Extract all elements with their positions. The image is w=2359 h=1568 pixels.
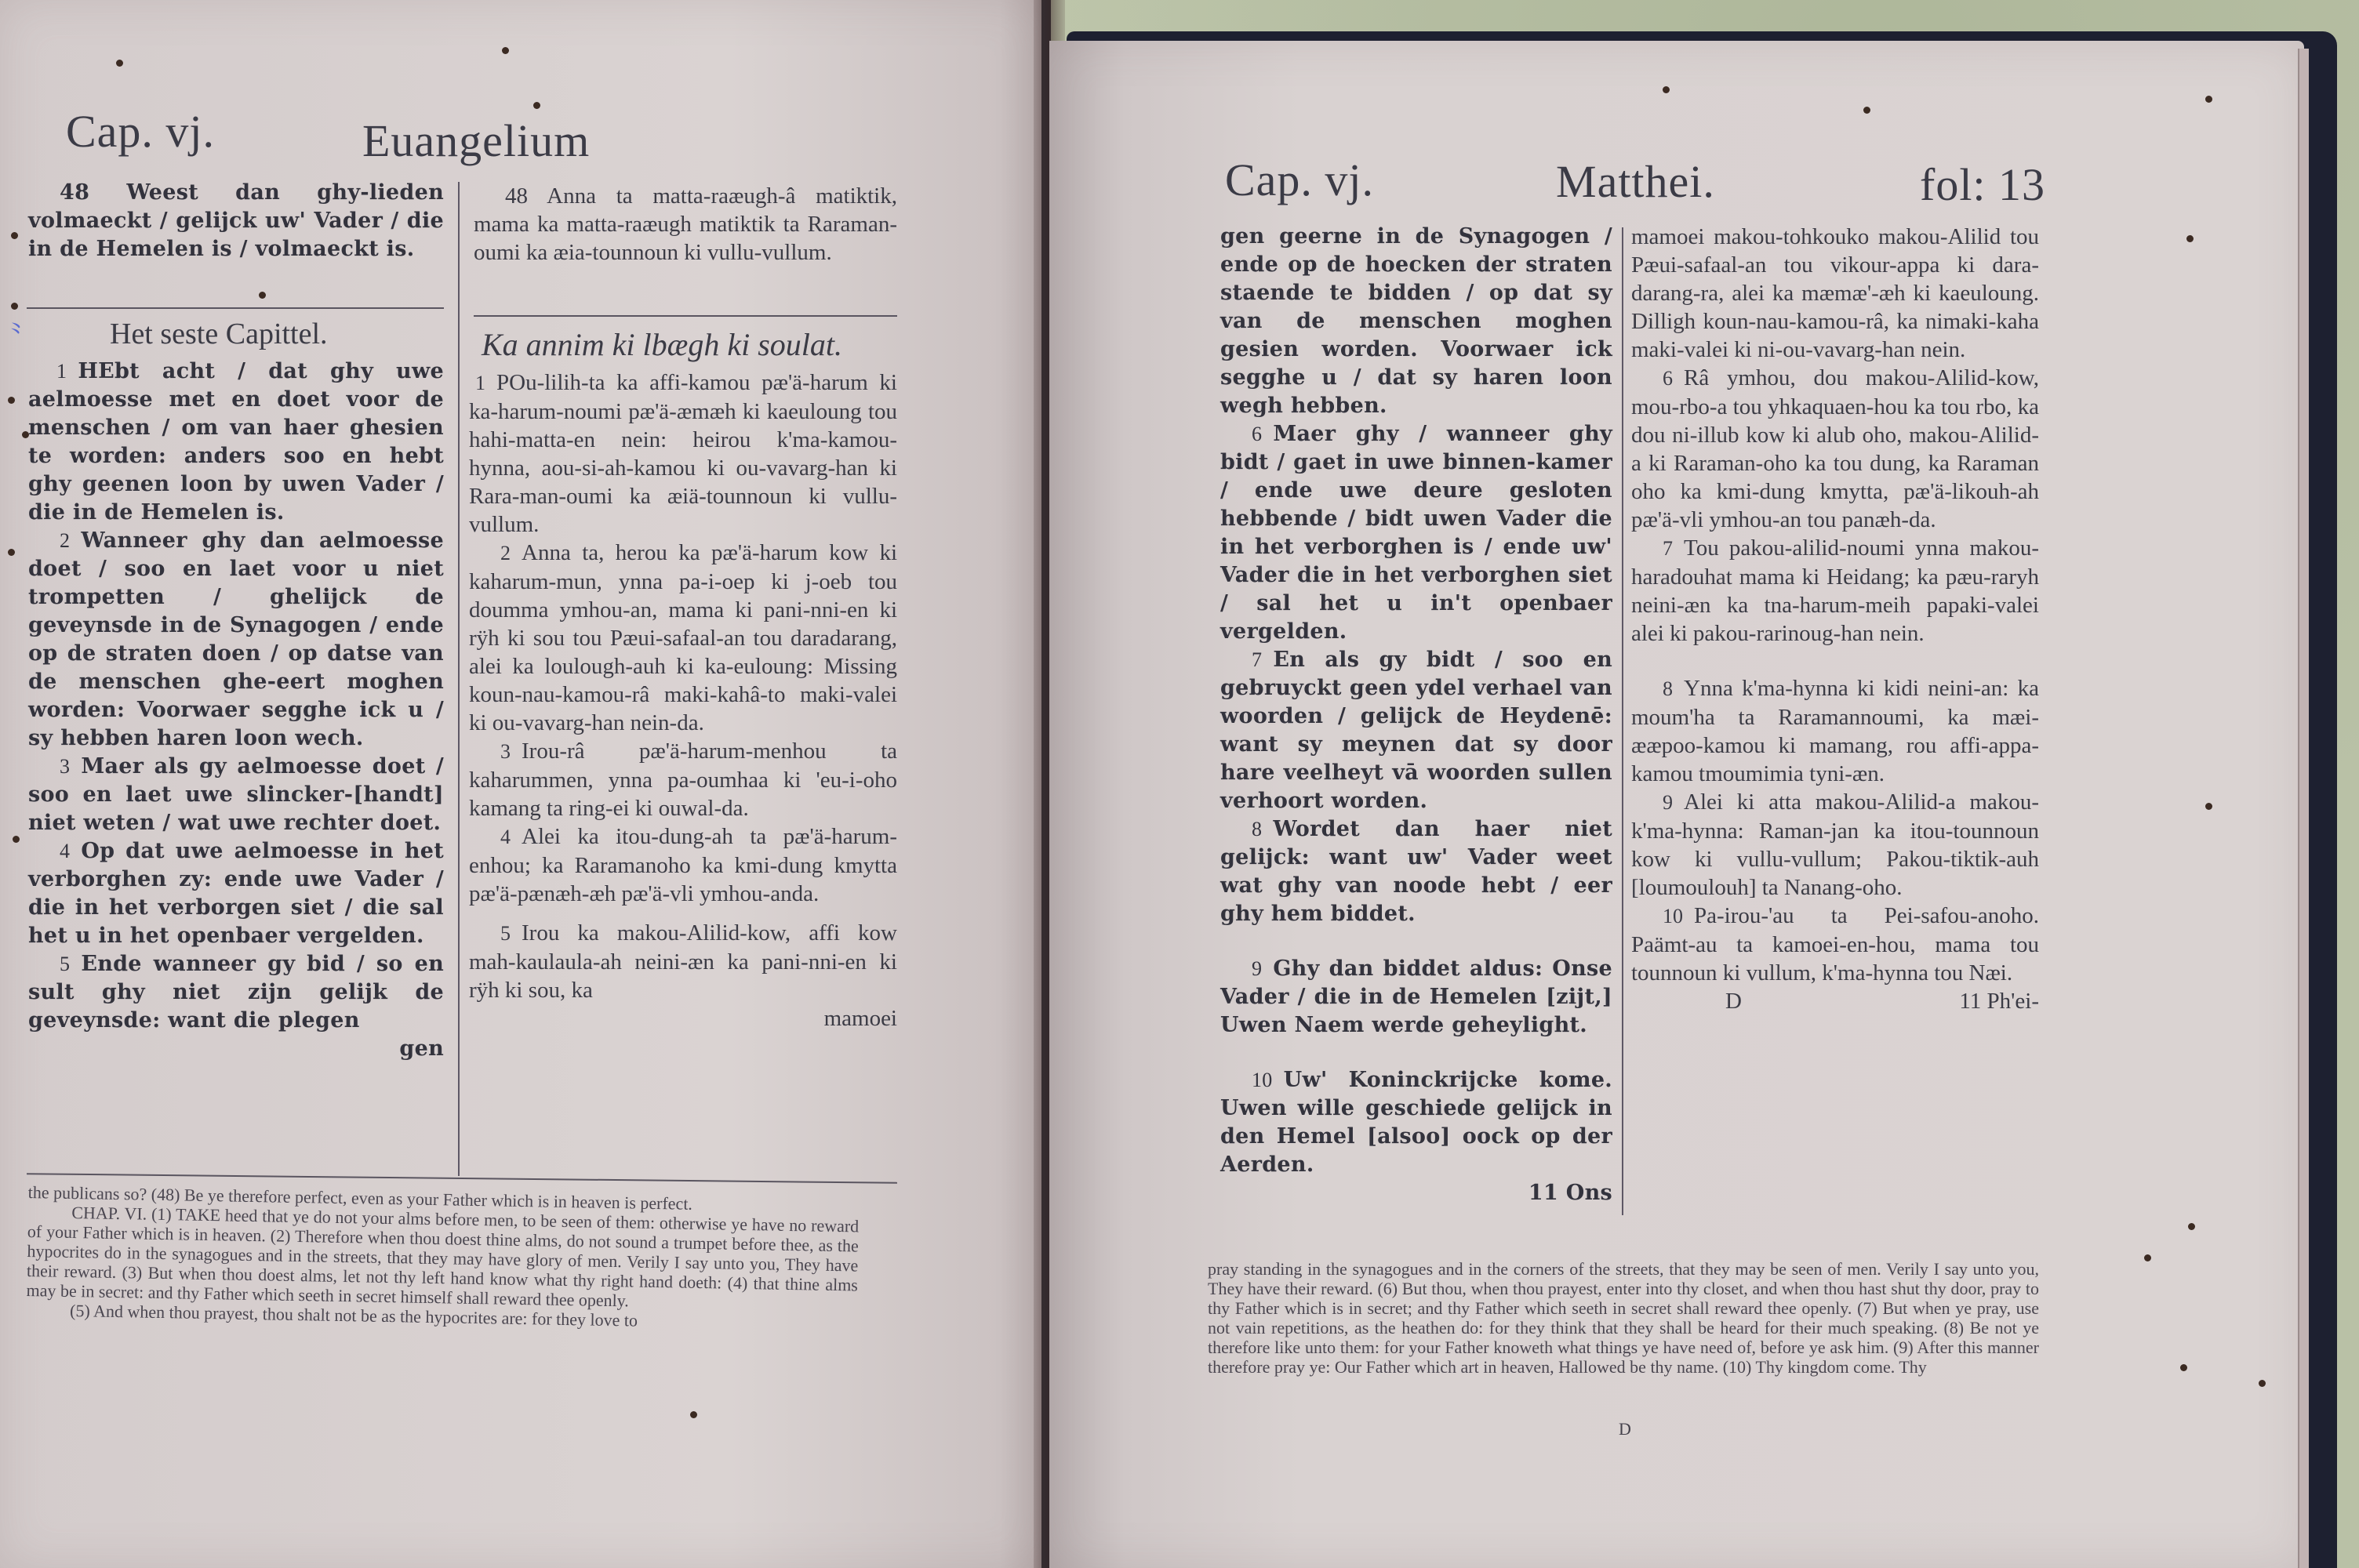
paper-speck	[11, 303, 18, 310]
left-running-head-chapter: Cap. vj.	[66, 105, 215, 158]
verse: 1POu-lilih-ta ka affi-kamou pæ'ä-harum k…	[469, 368, 897, 539]
verse-text: HEbt acht / dat ghy uwe aelmoesse met en…	[28, 359, 444, 524]
verse-number: 2	[469, 542, 522, 564]
verse-number: 4	[28, 840, 81, 862]
verse-number: 4	[469, 826, 522, 848]
verse-number: 9	[1220, 957, 1273, 980]
verse: 4Alei ka itou-dung-ah ta pæ'ä-harum-enho…	[469, 822, 897, 908]
paper-speck	[8, 397, 15, 404]
verse: 9Ghy dan biddet aldus: Onse Vader / die …	[1220, 955, 1612, 1040]
left-running-head-title: Euangelium	[362, 114, 590, 167]
paper-speck	[1863, 107, 1870, 114]
left-english-footnote: the publicans so? (48) Be ye therefore p…	[26, 1182, 860, 1334]
verse: 4Op dat uwe aelmoesse in het verborghen …	[28, 837, 444, 950]
verse-text: Anna ta, herou ka pæ'ä-harum kow ki kaha…	[469, 540, 897, 735]
section-rule	[27, 307, 444, 309]
verse-text: Wordet dan haer niet gelijck: want uw' V…	[1220, 817, 1612, 926]
verse-number: 9	[1631, 791, 1684, 814]
paper-speck	[533, 102, 540, 109]
verse: 6Râ ymhou, dou makou-Alilid-kow, mou-rbo…	[1631, 364, 2039, 534]
verse-text: Wanneer ghy dan aelmoesse doet / soo en …	[28, 528, 444, 750]
left-dutch-carryover: 48 Weest dan ghy-lieden volmaeckt / geli…	[28, 179, 444, 263]
dutch-chapter-heading: Het seste Capittel.	[110, 317, 328, 351]
verse: 7En als gy bidt / soo en gebruyckt geen …	[1220, 646, 1612, 815]
paper-speck	[2259, 1380, 2266, 1387]
verse-number: 1	[28, 360, 78, 383]
verse-text: Maer ghy / wanneer ghy bidt / gaet in uw…	[1220, 422, 1612, 644]
left-formosan-carryover: 48 Anna ta matta-raæugh-â matiktik, mama…	[474, 182, 897, 267]
verse-5-continued: gen geerne in de Synagogen / ende op de …	[1220, 223, 1612, 420]
verse-number: 1	[469, 372, 496, 394]
paper-speck	[2205, 803, 2212, 810]
right-running-head-title: Matthei.	[1556, 155, 1715, 208]
paper-speck	[2144, 1254, 2151, 1261]
verse-number: 8	[1631, 677, 1684, 700]
verse-number: 5	[28, 953, 81, 975]
verse-number: 7	[1631, 537, 1684, 560]
verse: 3Irou-râ pæ'ä-harum-menhou ta kaharummen…	[469, 737, 897, 822]
verse-number: 6	[1631, 367, 1684, 390]
verse: 5Irou ka makou-Alilid-kow, affi kow mah-…	[469, 919, 897, 1004]
paper-speck	[13, 836, 20, 843]
right-formosan-column: mamoei makou-tohkouko makou-Alilid tou P…	[1631, 223, 2039, 1015]
verse: 1HEbt acht / dat ghy uwe aelmoesse met e…	[28, 358, 444, 527]
footnote-paragraph: pray standing in the synagogues and in t…	[1208, 1259, 2039, 1377]
verse-text: Ghy dan biddet aldus: Onse Vader / die i…	[1220, 956, 1612, 1037]
column-divider	[458, 182, 460, 1176]
verse: 8Wordet dan haer niet gelijck: want uw' …	[1220, 815, 1612, 928]
verse-number: 6	[1220, 423, 1273, 445]
pencil-mark: ⺀	[5, 314, 28, 348]
paper-speck	[2188, 1223, 2195, 1230]
paper-speck	[116, 60, 123, 67]
paper-speck	[502, 47, 509, 54]
page-edges	[2298, 49, 2309, 1568]
paper-speck	[2186, 235, 2194, 242]
verse-text: POu-lilih-ta ka affi-kamou pæ'ä-harum ki…	[469, 370, 897, 537]
paper-speck	[2205, 96, 2212, 103]
verse: 6Maer ghy / wanneer ghy bidt / gaet in u…	[1220, 420, 1612, 646]
section-rule	[474, 315, 897, 317]
column-divider	[1622, 227, 1623, 1215]
left-formosan-verses: 1POu-lilih-ta ka affi-kamou pæ'ä-harum k…	[469, 368, 897, 1033]
verse: 8Ynna k'ma-hynna ki kidi neini-an: ka mo…	[1631, 674, 2039, 788]
folio-number: fol: 13	[1920, 158, 2045, 211]
right-running-head-chapter: Cap. vj.	[1225, 154, 1374, 206]
verse: 5Ende wanneer gy bid / so en sult ghy ni…	[28, 950, 444, 1035]
verse: 7Tou pakou-alilid-noumi ynna makou-harad…	[1631, 534, 2039, 648]
verse-number: 3	[28, 755, 81, 778]
verse: 9Alei ki atta makou-Alilid-a makou-k'ma-…	[1631, 788, 2039, 902]
verse-text: Alei ki atta makou-Alilid-a makou-k'ma-h…	[1631, 789, 2039, 900]
verse-text: Tou pakou-alilid-noumi ynna makou-harado…	[1631, 535, 2039, 646]
paper-speck	[690, 1411, 697, 1418]
formosan-chapter-heading: Ka annim ki lbægh ki soulat.	[482, 326, 842, 363]
catchword: 11 Ons	[1220, 1179, 1612, 1207]
footnote-signature: D	[1619, 1419, 1631, 1439]
catchword: gen	[28, 1035, 444, 1063]
verse-48-formosan: 48 Anna ta matta-raæugh-â matiktik, mama…	[474, 182, 897, 267]
verse-text: Irou ka makou-Alilid-kow, affi kow mah-k…	[469, 920, 897, 1003]
paper-speck	[2180, 1364, 2187, 1371]
paper-speck	[8, 549, 15, 556]
verse: 3Maer als gy aelmoesse doet / soo en lae…	[28, 753, 444, 837]
verse-text: Râ ymhou, dou makou-Alilid-kow, mou-rbo-…	[1631, 365, 2039, 532]
paper-speck	[22, 431, 29, 438]
catchword: mamoei	[469, 1004, 897, 1033]
left-dutch-verses: 1HEbt acht / dat ghy uwe aelmoesse met e…	[28, 358, 444, 1063]
right-english-footnote: pray standing in the synagogues and in t…	[1208, 1259, 2039, 1377]
verse-text: Op dat uwe aelmoesse in het verborghen z…	[28, 839, 444, 948]
verse-number: 10	[1631, 905, 1694, 927]
verse-number: 5	[469, 922, 522, 945]
signature-mark: D	[1725, 987, 1742, 1015]
page-signature-line: D 11 Ph'ei-	[1631, 987, 2039, 1015]
verse-text: En als gy bidt / soo en gebruyckt geen y…	[1220, 648, 1612, 813]
verse-text: Alei ka itou-dung-ah ta pæ'ä-harum-enhou…	[469, 824, 897, 906]
verse-number: 2	[28, 529, 81, 552]
verse: 2Wanneer ghy dan aelmoesse doet / soo en…	[28, 527, 444, 753]
verse-number: 3	[469, 740, 522, 763]
verse-number: 10	[1220, 1069, 1284, 1091]
paper-speck	[259, 292, 266, 299]
right-dutch-column: gen geerne in de Synagogen / ende op de …	[1220, 223, 1612, 1207]
verse-5-continued: mamoei makou-tohkouko makou-Alilid tou P…	[1631, 223, 2039, 364]
footnote-paragraph: CHAP. VI. (1) TAKE heed that ye do not y…	[26, 1202, 859, 1314]
catchword: 11 Ph'ei-	[1959, 987, 2039, 1015]
verse-text: Irou-râ pæ'ä-harum-menhou ta kaharummen,…	[469, 739, 897, 821]
paper-speck	[11, 232, 18, 239]
verse: 10Pa-irou-'au ta Pei-safou-anoho. Paämt-…	[1631, 902, 2039, 987]
verse: 10Uw' Koninckrijcke kome. Uwen wille ges…	[1220, 1066, 1612, 1179]
verse-text: Ynna k'ma-hynna ki kidi neini-an: ka mou…	[1631, 676, 2039, 786]
verse-text: Maer als gy aelmoesse doet / soo en laet…	[28, 754, 444, 835]
verse-number: 8	[1220, 818, 1273, 840]
verse-48-dutch: 48 Weest dan ghy-lieden volmaeckt / geli…	[28, 179, 444, 263]
paper-speck	[1663, 86, 1670, 93]
verse-text: Ende wanneer gy bid / so en sult ghy nie…	[28, 952, 444, 1033]
verse: 2Anna ta, herou ka pæ'ä-harum kow ki kah…	[469, 539, 897, 737]
verse-number: 7	[1220, 648, 1273, 671]
